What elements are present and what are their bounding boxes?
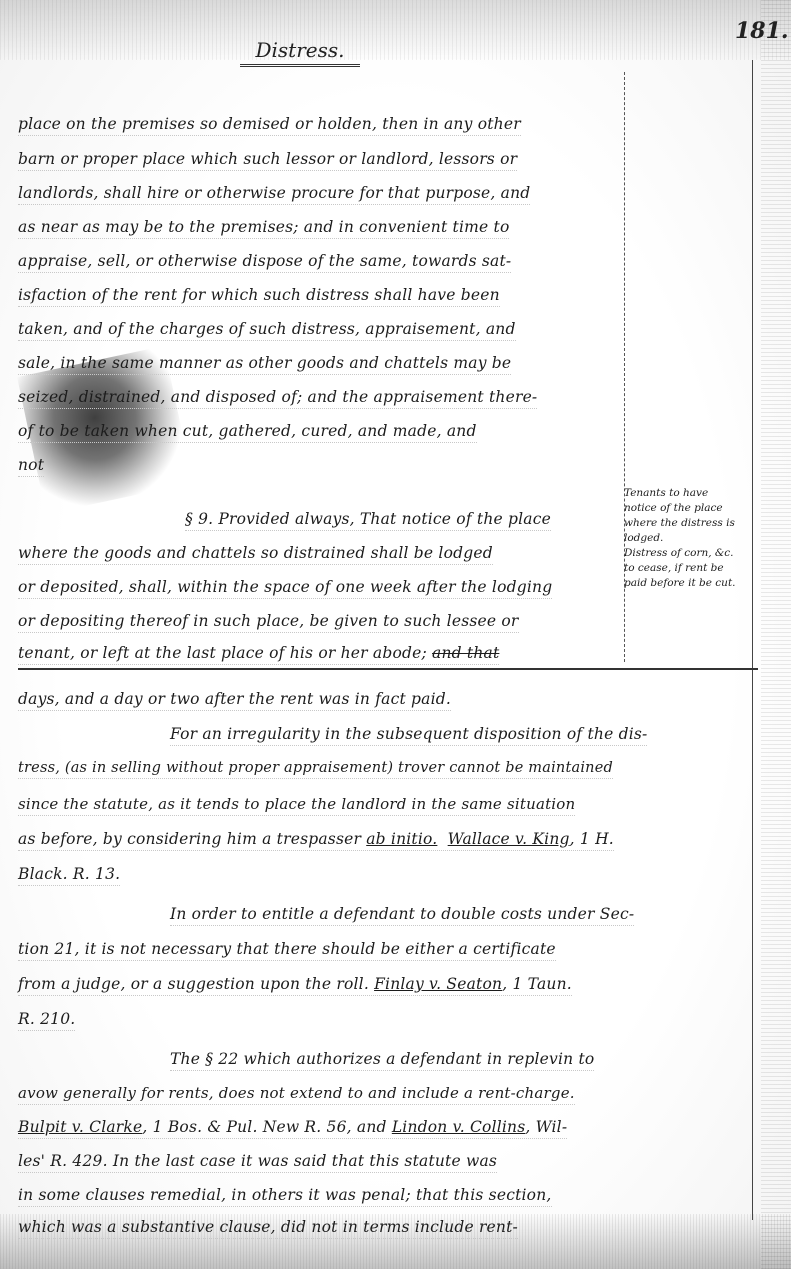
para1-line-citation: as before, by considering him a trespass…: [18, 830, 614, 851]
para3-line: in some clauses remedial, in others it w…: [18, 1186, 552, 1207]
para1-line: Black. R. 13.: [18, 865, 120, 886]
section-divider: [18, 668, 758, 670]
text-line: barn or proper place which such lessor o…: [18, 150, 517, 171]
para2-line: R. 210.: [18, 1010, 75, 1031]
case-citation: Bulpit v. Clarke: [18, 1118, 142, 1136]
reporter-citation: , Wil-: [525, 1118, 567, 1136]
text-line: landlords, shall hire or otherwise procu…: [18, 184, 530, 205]
text-line: not: [18, 456, 44, 477]
para2-line-citation: from a judge, or a suggestion upon the r…: [18, 975, 572, 996]
page-number: 181.: [735, 18, 789, 44]
margin-rule-right: [752, 60, 753, 1220]
reporter-citation: , 1 Bos. & Pul. New R. 56, and: [142, 1118, 391, 1136]
text-line: sale, in the same manner as other goods …: [18, 354, 511, 375]
margin-note-line: Distress of corn, &c.: [624, 546, 764, 561]
text-line: isfaction of the rent for which such dis…: [18, 286, 500, 307]
text-line: appraise, sell, or otherwise dispose of …: [18, 252, 511, 273]
case-citation: Wallace v. King: [448, 830, 570, 848]
scan-noise-right: [761, 0, 791, 1269]
margin-note-line: to cease, if rent be: [624, 561, 764, 576]
section-9-text: tenant, or left at the last place of his…: [18, 644, 427, 662]
text-line: place on the premises so demised or hold…: [18, 115, 521, 136]
margin-note-line: lodged.: [624, 531, 764, 546]
text-line: days, and a day or two after the rent wa…: [18, 690, 451, 711]
margin-note-line: paid before it be cut.: [624, 576, 764, 591]
para1-text: as before, by considering him a trespass…: [18, 830, 366, 848]
section-9-line: § 9. Provided always, That notice of the…: [185, 510, 551, 531]
para1-line: For an irregularity in the subsequent di…: [170, 725, 647, 746]
para3-line: avow generally for rents, does not exten…: [18, 1084, 575, 1105]
page-heading: Distress.: [240, 38, 360, 67]
para2-line: tion 21, it is not necessary that there …: [18, 940, 556, 961]
section-9-line-last: tenant, or left at the last place of his…: [18, 644, 499, 665]
para2-text: from a judge, or a suggestion upon the r…: [18, 975, 374, 993]
para3-line: which was a substantive clause, did not …: [18, 1218, 518, 1239]
reporter-citation: , 1 H.: [570, 830, 614, 848]
margin-note-line: where the distress is: [624, 516, 764, 531]
para1-line: tress, (as in selling without proper app…: [18, 760, 613, 779]
scan-noise-top: [0, 0, 791, 60]
section-9-line: or deposited, shall, within the space of…: [18, 578, 552, 599]
para3-line-citation: Bulpit v. Clarke, 1 Bos. & Pul. New R. 5…: [18, 1118, 567, 1139]
section-9-line: where the goods and chattels so distrain…: [18, 544, 493, 565]
para1-line: since the statute, as it tends to place …: [18, 795, 575, 816]
case-citation: Lindon v. Collins: [392, 1118, 526, 1136]
margin-note-line: Tenants to have: [624, 486, 764, 501]
para3-line: The § 22 which authorizes a defendant in…: [170, 1050, 594, 1071]
para3-line: les' R. 429. In the last case it was sai…: [18, 1152, 497, 1173]
text-line: seized, distrained, and disposed of; and…: [18, 388, 537, 409]
latin-phrase: ab initio.: [366, 830, 437, 848]
section-9-line: or depositing thereof in such place, be …: [18, 612, 519, 633]
struck-text: and that: [432, 644, 499, 662]
case-citation: Finlay v. Seaton: [374, 975, 502, 993]
manuscript-page: 181. Distress. place on the premises so …: [0, 0, 791, 1269]
text-line: of to be taken when cut, gathered, cured…: [18, 422, 477, 443]
margin-note: Tenants to have notice of the place wher…: [624, 486, 764, 591]
para2-line: In order to entitle a defendant to doubl…: [170, 905, 634, 926]
text-line: taken, and of the charges of such distre…: [18, 320, 516, 341]
margin-note-line: notice of the place: [624, 501, 764, 516]
reporter-citation: , 1 Taun.: [502, 975, 572, 993]
text-line: as near as may be to the premises; and i…: [18, 218, 509, 239]
